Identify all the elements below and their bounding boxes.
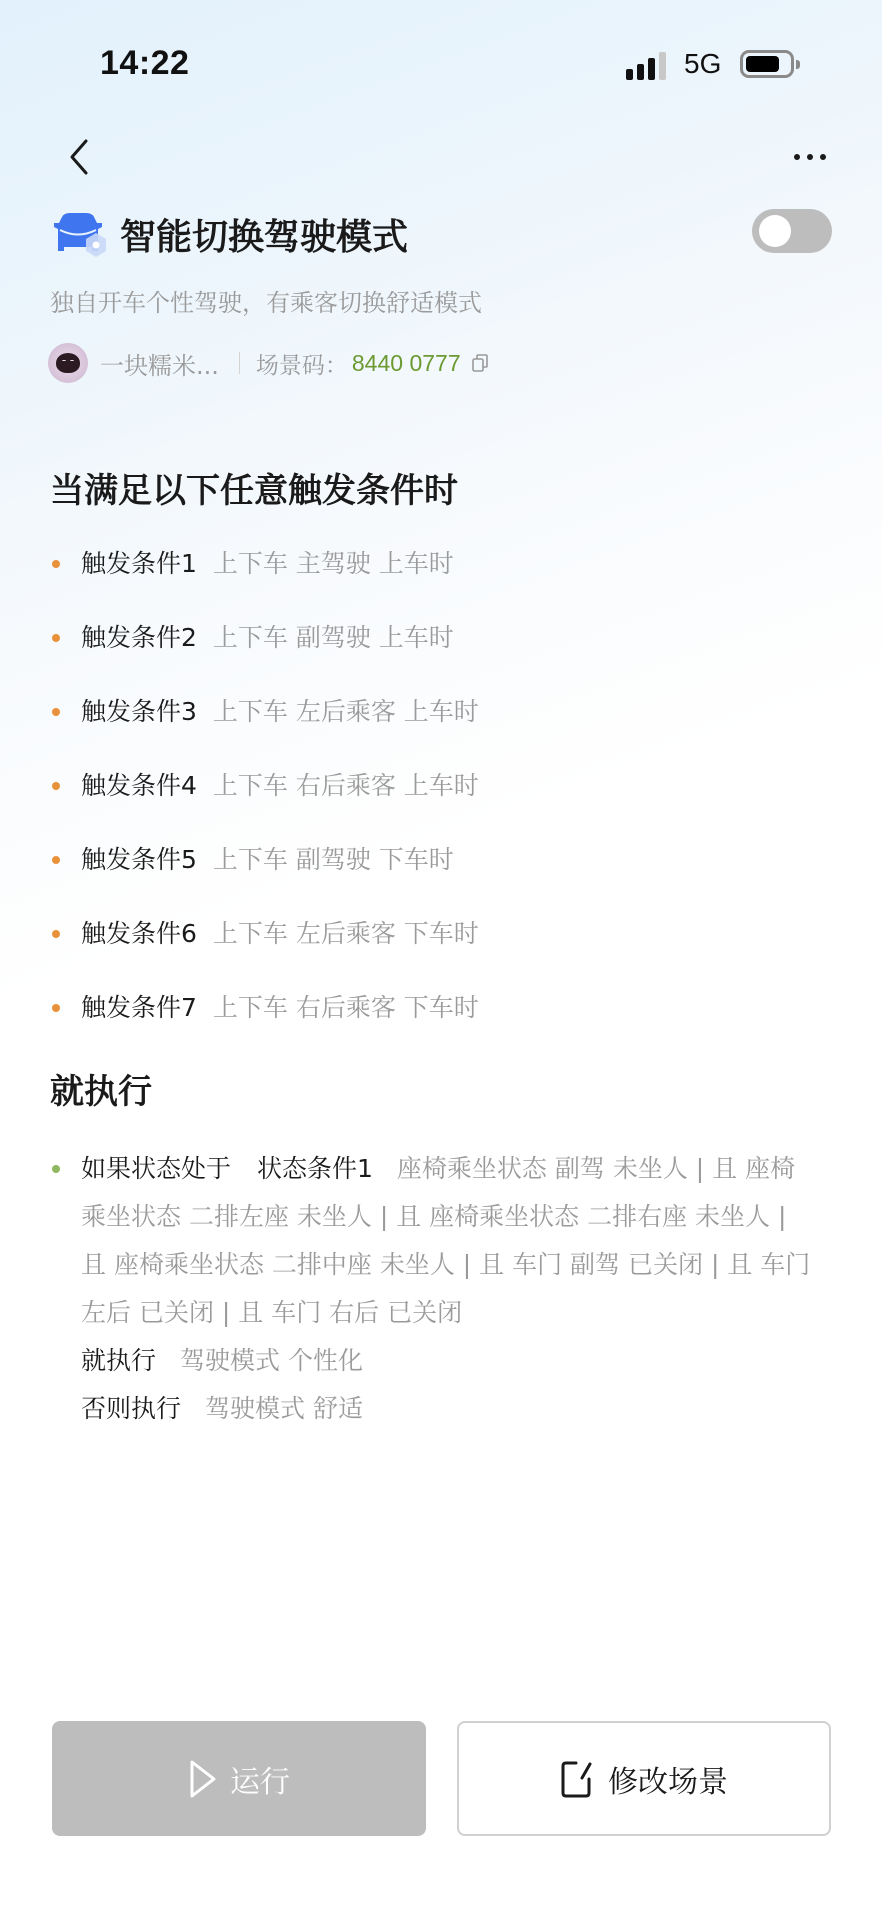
play-icon: [188, 1759, 218, 1799]
copy-icon[interactable]: [471, 353, 489, 373]
bullet-icon: [52, 1165, 60, 1173]
else-value: 驾驶模式 舒适: [205, 1394, 363, 1423]
trigger-detail: 上下车 右后乘客 下车时: [213, 988, 479, 1024]
triggers-heading: 当满足以下任意触发条件时: [50, 463, 458, 512]
trigger-item[interactable]: 触发条件6 上下车 左后乘客 下车时: [52, 914, 832, 988]
trigger-label: 触发条件1: [81, 544, 197, 580]
trigger-detail: 上下车 主驾驶 上车时: [213, 544, 454, 580]
bullet-icon: [52, 708, 60, 716]
trigger-label: 触发条件5: [81, 840, 197, 876]
scene-enable-toggle[interactable]: [752, 209, 832, 253]
car-settings-icon: [52, 213, 110, 259]
bullet-icon: [52, 560, 60, 568]
if-label: 如果状态处于: [81, 1154, 231, 1183]
trigger-item[interactable]: 触发条件7 上下车 右后乘客 下车时: [52, 988, 832, 1062]
battery-icon: [740, 50, 794, 78]
status-time: 14:22: [100, 44, 189, 83]
edit-icon: [560, 1759, 596, 1799]
trigger-item[interactable]: 触发条件2 上下车 副驾驶 上车时: [52, 618, 832, 692]
chevron-left-icon: [60, 135, 100, 179]
avatar[interactable]: [48, 343, 88, 383]
trigger-detail: 上下车 左后乘客 下车时: [213, 914, 479, 950]
bullet-icon: [52, 1004, 60, 1012]
trigger-detail: 上下车 右后乘客 上车时: [213, 766, 479, 802]
trigger-item[interactable]: 触发条件1 上下车 主驾驶 上车时: [52, 544, 832, 618]
toggle-knob: [759, 215, 791, 247]
more-button[interactable]: [780, 140, 840, 174]
trigger-label: 触发条件2: [81, 618, 197, 654]
more-horizontal-icon: [794, 154, 800, 160]
then-label: 就执行: [81, 1346, 156, 1375]
scene-code-label: 场景码：: [256, 347, 348, 380]
author-name[interactable]: 一块糯米...: [100, 346, 219, 381]
else-label: 否则执行: [81, 1394, 181, 1423]
scene-title: 智能切换驾驶模式: [120, 209, 408, 260]
execute-block[interactable]: 如果状态处于状态条件1座椅乘坐状态 副驾 未坐人 | 且 座椅乘坐状态 二排左座…: [52, 1145, 812, 1433]
author-row: 一块糯米... 场景码： 8440 0777: [48, 342, 489, 384]
signal-icon: [626, 52, 670, 80]
trigger-detail: 上下车 副驾驶 下车时: [213, 840, 454, 876]
state-condition: 如果状态处于状态条件1座椅乘坐状态 副驾 未坐人 | 且 座椅乘坐状态 二排左座…: [81, 1145, 812, 1337]
edit-scene-button[interactable]: 修改场景: [457, 1721, 831, 1836]
trigger-label: 触发条件6: [81, 914, 197, 950]
trigger-item[interactable]: 触发条件5 上下车 副驾驶 下车时: [52, 840, 832, 914]
execute-heading: 就执行: [50, 1064, 152, 1113]
trigger-item[interactable]: 触发条件3 上下车 左后乘客 上车时: [52, 692, 832, 766]
bullet-icon: [52, 782, 60, 790]
bullet-icon: [52, 930, 60, 938]
trigger-list: 触发条件1 上下车 主驾驶 上车时 触发条件2 上下车 副驾驶 上车时 触发条件…: [52, 544, 832, 1062]
state-label: 状态条件1: [257, 1154, 373, 1183]
back-button[interactable]: [60, 135, 100, 179]
trigger-item[interactable]: 触发条件4 上下车 右后乘客 上车时: [52, 766, 832, 840]
then-value: 驾驶模式 个性化: [180, 1346, 363, 1375]
trigger-label: 触发条件4: [81, 766, 197, 802]
run-label: 运行: [230, 1757, 290, 1801]
bullet-icon: [52, 634, 60, 642]
divider: [239, 352, 240, 374]
scene-code-value: 8440 0777: [352, 350, 461, 377]
trigger-detail: 上下车 副驾驶 上车时: [213, 618, 454, 654]
bullet-icon: [52, 856, 60, 864]
trigger-label: 触发条件3: [81, 692, 197, 728]
network-type: 5G: [684, 48, 721, 80]
trigger-detail: 上下车 左后乘客 上车时: [213, 692, 479, 728]
status-bar: 14:22 5G: [0, 0, 882, 120]
run-button[interactable]: 运行: [52, 1721, 426, 1836]
scene-header: 智能切换驾驶模式: [52, 205, 832, 261]
edit-label: 修改场景: [608, 1757, 728, 1801]
then-action: 就执行驾驶模式 个性化: [52, 1337, 812, 1385]
scene-description: 独自开车个性驾驶，有乘客切换舒适模式: [50, 283, 482, 318]
trigger-label: 触发条件7: [81, 988, 197, 1024]
else-action: 否则执行驾驶模式 舒适: [52, 1385, 812, 1433]
